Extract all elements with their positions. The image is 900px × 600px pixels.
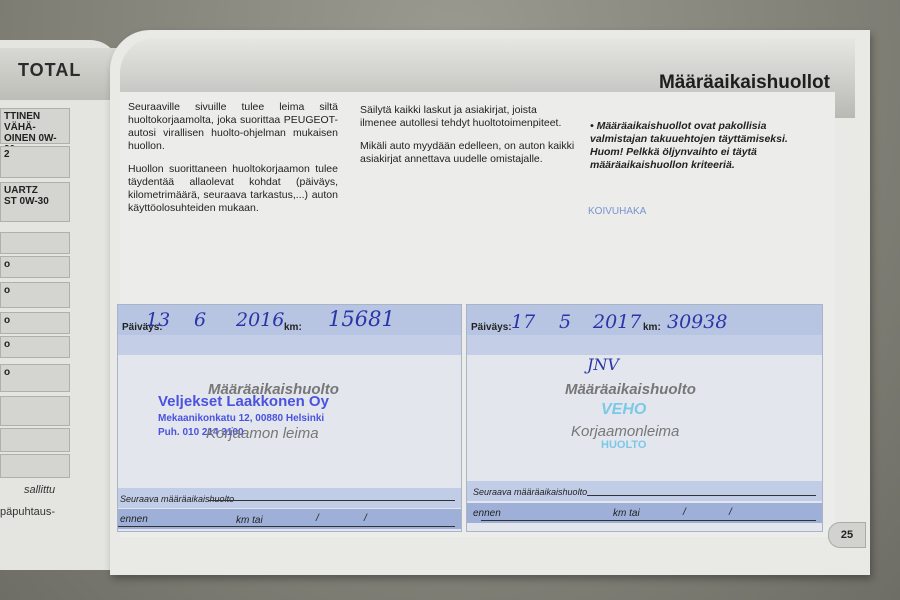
before-row: ennenkm tai// (118, 509, 461, 529)
write-line[interactable] (587, 495, 816, 496)
oil-row: 2 (0, 146, 70, 178)
bullet-icon: • (590, 120, 597, 132)
km-label: km: (643, 322, 661, 333)
oil-row: o (0, 336, 70, 358)
next-service-label: Seuraava määräaikaishuolto (120, 494, 234, 504)
stamp-subtitle: Korjaamonleima (571, 423, 679, 440)
workshop-name: Veljekset Laakkonen Oy (158, 393, 329, 410)
intro-column-3: • Määräaikaishuollot ovat pakollisia val… (590, 120, 800, 172)
oil-row: o (0, 282, 70, 308)
stamp-title: Määräaikaishuolto (565, 381, 696, 398)
faint-stamp: KOIVUHAKA (588, 206, 646, 217)
date-label: Päiväys: (471, 322, 512, 333)
km-label: km: (284, 322, 302, 333)
km-value[interactable]: 15681 (328, 307, 395, 331)
date-row-lower (118, 335, 461, 355)
paragraph: Huollon suorittaneen huoltokorjaamon tul… (128, 163, 338, 215)
intro-column-1: Seuraaville sivuille tulee leima siltä h… (128, 101, 338, 225)
date-month[interactable]: 5 (559, 311, 571, 333)
initials: JNV (587, 355, 619, 374)
before-label: ennen (473, 508, 501, 519)
date-row-lower (467, 335, 822, 355)
paragraph: Määräaikaishuollot ovat pakollisia valmi… (590, 120, 788, 171)
paragraph: Säilytä kaikki laskut ja asiakirjat, joi… (360, 104, 575, 130)
service-entry: Päiväys: 17 5 2017 km: 30938 JNV Määräai… (466, 304, 823, 532)
oil-row: UARTZ ST 0W-30 (0, 182, 70, 222)
oil-row: o (0, 256, 70, 278)
km-value[interactable]: 30938 (667, 311, 727, 333)
oil-row (0, 454, 70, 478)
left-footer-text: sallittu (24, 484, 55, 496)
stamp-subtitle: Korjaamon leima (206, 425, 319, 442)
paragraph: Seuraaville sivuille tulee leima siltä h… (128, 101, 338, 153)
paragraph: Mikäli auto myydään edelleen, on auton k… (360, 140, 575, 166)
service-entry: Päiväys: 13 6 2016 km: 15681 Määräaikais… (117, 304, 462, 532)
page-number: 25 (828, 522, 866, 548)
oil-row: o (0, 364, 70, 392)
write-line[interactable] (481, 520, 816, 521)
stamp-logo-sub: HUOLTO (601, 439, 646, 451)
km-or-label: km tai (613, 508, 640, 519)
left-footer-text: päpuhtaus- (0, 506, 55, 518)
intro-column-2: Säilytä kaikki laskut ja asiakirjat, joi… (360, 104, 575, 176)
oil-row: TTINEN VÄHÄ- OINEN 0W-30 (0, 108, 70, 144)
write-line[interactable] (118, 526, 455, 527)
date-year[interactable]: 2016 (236, 309, 284, 331)
km-or-label: km tai (236, 515, 263, 526)
total-logo: TOTAL (18, 60, 81, 81)
write-line[interactable] (208, 500, 455, 501)
next-service-row: Seuraava määräaikaishuolto (118, 488, 461, 508)
oil-row (0, 428, 70, 452)
stamp-logo: VEHO (601, 401, 646, 419)
workshop-address: Mekaanikonkatu 12, 00880 Helsinki (158, 413, 324, 424)
date-month[interactable]: 6 (194, 309, 206, 331)
next-service-row: Seuraava määräaikaishuolto (467, 481, 822, 501)
date-day[interactable]: 17 (511, 311, 535, 333)
next-service-label: Seuraava määräaikaishuolto (473, 487, 587, 497)
page-title: Määräaikaishuollot (659, 72, 830, 94)
oil-row: o (0, 312, 70, 334)
oil-row (0, 232, 70, 254)
before-row: ennenkm tai// (467, 503, 822, 523)
date-day[interactable]: 13 (146, 309, 170, 331)
oil-row (0, 396, 70, 426)
date-year[interactable]: 2017 (593, 311, 641, 333)
before-label: ennen (120, 514, 148, 525)
